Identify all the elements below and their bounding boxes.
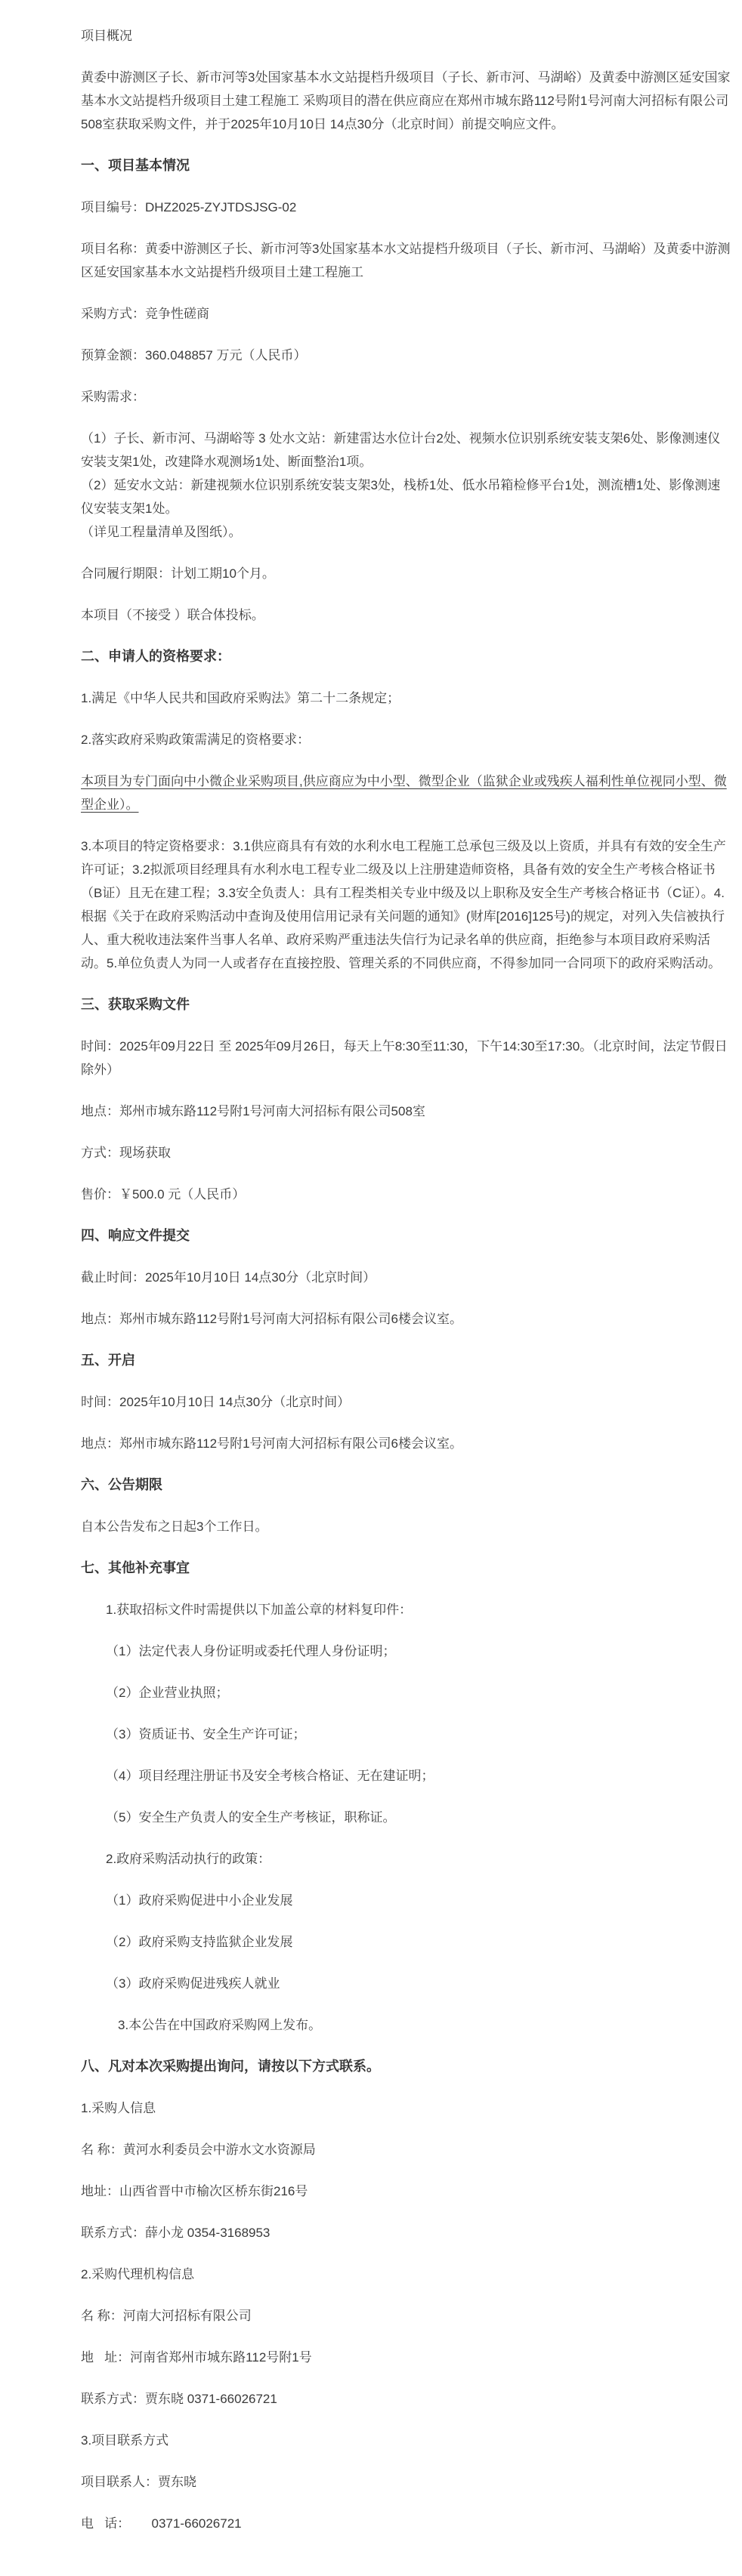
- purchaser-name: 名 称：黄河水利委员会中游水文水资源局: [81, 2138, 731, 2161]
- agency-address: 地 址：河南省郑州市城东路112号附1号: [81, 2346, 731, 2369]
- section-2-heading: 二、申请人的资格要求：: [81, 645, 731, 668]
- field-opening-place: 地点：郑州市城东路112号附1号河南大河招标有限公司6楼会议室。: [81, 1432, 731, 1455]
- supplement-item-1-4: （4）项目经理注册证书及安全考核合格证、无在建证明；: [81, 1764, 731, 1788]
- agency-info-label: 2.采购代理机构信息: [81, 2263, 731, 2286]
- demand-item-2: （2）延安水文站：新建视频水位识别系统安装支架3处，栈桥1处、低水吊箱检修平台1…: [81, 474, 731, 520]
- section-7-heading: 七、其他补充事宜: [81, 1556, 731, 1580]
- procurement-demand-list: （1）子长、新市河、马湖峪等 3 处水文站：新建雷达水位计台2处、视频水位识别系…: [81, 427, 731, 544]
- field-document-method: 方式：现场获取: [81, 1141, 731, 1165]
- field-project-name: 项目名称：黄委中游测区子长、新市河等3处国家基本水文站提档升级项目（子长、新市河…: [81, 237, 731, 284]
- field-announcement-period: 自本公告发布之日起3个工作日。: [81, 1515, 731, 1538]
- procurement-announcement: 项目概况 黄委中游测区子长、新市河等3处国家基本水文站提档升级项目（子长、新市河…: [0, 0, 742, 2576]
- field-procurement-demand-label: 采购需求：: [81, 385, 731, 409]
- project-contact-phone: 电 话： 0371-66026721: [81, 2512, 731, 2535]
- field-contract-period: 合同履行期限：计划工期10个月。: [81, 562, 731, 585]
- purchaser-address: 地址：山西省晋中市榆次区桥东街216号: [81, 2180, 731, 2203]
- demand-item-1: （1）子长、新市河、马湖峪等 3 处水文站：新建雷达水位计台2处、视频水位识别系…: [81, 427, 731, 474]
- section-3-heading: 三、获取采购文件: [81, 993, 731, 1017]
- section-4-heading: 四、响应文件提交: [81, 1224, 731, 1248]
- purchaser-contact: 联系方式：薛小龙 0354-3168953: [81, 2221, 731, 2244]
- supplement-item-2-1: （1）政府采购促进中小企业发展: [81, 1889, 731, 1912]
- agency-contact: 联系方式：贾东晓 0371-66026721: [81, 2387, 731, 2411]
- agency-name: 名 称：河南大河招标有限公司: [81, 2304, 731, 2328]
- supplement-item-3: 3.本公告在中国政府采购网上发布。: [81, 2013, 731, 2037]
- field-consortium-bidding: 本项目（不接受 ）联合体投标。: [81, 603, 731, 627]
- demand-note: （详见工程量清单及图纸）。: [81, 520, 731, 544]
- field-submission-place: 地点：郑州市城东路112号附1号河南大河招标有限公司6楼会议室。: [81, 1307, 731, 1331]
- field-budget-amount: 预算金额：360.048857 万元（人民币）: [81, 344, 731, 367]
- field-project-number: 项目编号：DHZ2025-ZYJTDSJSG-02: [81, 196, 731, 219]
- supplement-item-1-1: （1）法定代表人身份证明或委托代理人身份证明；: [81, 1640, 731, 1663]
- supplement-item-2: 2.政府采购活动执行的政策：: [81, 1847, 731, 1871]
- supplement-item-1-3: （3）资质证书、安全生产许可证；: [81, 1723, 731, 1746]
- field-submission-deadline: 截止时间：2025年10月10日 14点30分（北京时间）: [81, 1266, 731, 1289]
- supplement-item-1: 1.获取招标文件时需提供以下加盖公章的材料复印件：: [81, 1598, 731, 1621]
- section-8-heading: 八、凡对本次采购提出询问，请按以下方式联系。: [81, 2055, 731, 2078]
- qualification-item-2: 2.落实政府采购政策需满足的资格要求：: [81, 728, 731, 751]
- field-procurement-method: 采购方式：竞争性磋商: [81, 302, 731, 325]
- field-document-time: 时间：2025年09月22日 至 2025年09月26日，每天上午8:30至11…: [81, 1035, 731, 1081]
- qualification-item-3: 3.本项目的特定资格要求：3.1供应商具有有效的水利水电工程施工总承包三级及以上…: [81, 835, 731, 975]
- project-contact-label: 3.项目联系方式: [81, 2429, 731, 2452]
- field-document-place: 地点：郑州市城东路112号附1号河南大河招标有限公司508室: [81, 1100, 731, 1123]
- section-1-heading: 一、项目基本情况: [81, 154, 731, 177]
- field-opening-time: 时间：2025年10月10日 14点30分（北京时间）: [81, 1390, 731, 1414]
- supplement-item-1-5: （5）安全生产负责人的安全生产考核证，职称证。: [81, 1806, 731, 1829]
- qualification-item-1: 1.满足《中华人民共和国政府采购法》第二十二条规定；: [81, 686, 731, 710]
- overview-paragraph: 黄委中游测区子长、新市河等3处国家基本水文站提档升级项目（子长、新市河、马湖峪）…: [81, 66, 731, 136]
- purchaser-info-label: 1.采购人信息: [81, 2096, 731, 2120]
- project-contact-person: 项目联系人：贾东晓: [81, 2470, 731, 2494]
- supplement-item-1-2: （2）企业营业执照；: [81, 1681, 731, 1704]
- supplement-item-2-3: （3）政府采购促进残疾人就业: [81, 1972, 731, 1995]
- qualification-sme-note: 本项目为专门面向中小微企业采购项目,供应商应为中小型、微型企业（监狱企业或残疾人…: [81, 770, 731, 816]
- field-document-price: 售价：￥500.0 元（人民币）: [81, 1183, 731, 1206]
- supplement-item-2-2: （2）政府采购支持监狱企业发展: [81, 1930, 731, 1954]
- section-5-heading: 五、开启: [81, 1349, 731, 1372]
- page-title: 项目概况: [81, 24, 731, 48]
- section-6-heading: 六、公告期限: [81, 1473, 731, 1497]
